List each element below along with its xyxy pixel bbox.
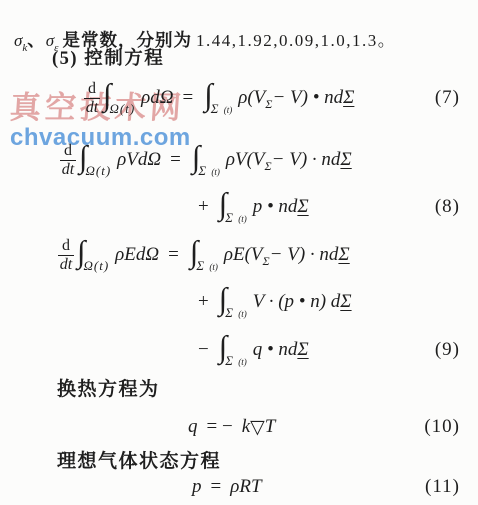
equals-sign: = [170, 149, 181, 171]
integral-subscript-omega: Ω(t) [110, 101, 136, 117]
equation-number: (7) [435, 87, 460, 109]
integral-subscript-sigma: Σ (t) [225, 210, 246, 226]
equation-8-math-continued: + ∫Σ (t) p • ndΣ [198, 189, 309, 225]
integral-subscript-sigma: Σ (t) [211, 101, 232, 117]
equation-number: (10) [424, 416, 460, 438]
equals-sign: = [168, 244, 179, 266]
equation-9-math-continued: + ∫Σ (t) V · (p • n) dΣ [198, 284, 352, 320]
integrand: − V) • nd [272, 87, 343, 109]
vector-sigma: Σ [297, 196, 308, 218]
equation-10-row: q = − k ▽ T (10) [0, 410, 460, 444]
vector-sigma: Σ [343, 87, 354, 109]
equation-number: (8) [435, 196, 460, 218]
equation-9-row-2: + ∫Σ (t) V · (p • n) dΣ [0, 279, 460, 325]
velocity-subscript: Σ [263, 254, 270, 269]
equation-number: (9) [435, 339, 460, 361]
equation-7-math: ddt ∫Ω(t) ρdΩ = ∫Σ (t) ρ(VΣ − V) • ndΣ [84, 80, 354, 116]
equation-11-row: p = ρRT (11) [0, 470, 460, 504]
integrand: ρVdΩ [117, 149, 161, 171]
equation-8-row-2: + ∫Σ (t) p • ndΣ (8) [0, 184, 460, 230]
variable-p: p [192, 476, 202, 498]
integral-subscript-sigma: Σ (t) [225, 353, 246, 369]
equation-7-row: ddt ∫Ω(t) ρdΩ = ∫Σ (t) ρ(VΣ − V) • ndΣ (… [0, 74, 460, 122]
integrand: V · (p • n) d [253, 291, 341, 313]
equation-9-row-1: ddt ∫Ω(t) ρEdΩ = ∫Σ (t) ρE(VΣ − V) · ndΣ [0, 231, 460, 279]
sigma-k-subscript: k [22, 42, 27, 54]
plus-sign: + [198, 196, 209, 218]
equation-11-math: p = ρRT [192, 476, 262, 498]
rho-R-T: ρRT [230, 476, 261, 498]
time-derivative-fraction: ddt [58, 237, 74, 273]
equation-8-math: ddt ∫Ω(t) ρVdΩ = ∫Σ (t) ρV(VΣ − V) · ndΣ [60, 142, 352, 178]
integral-subscript-sigma: Σ (t) [196, 258, 217, 274]
equation-10-math: q = − k ▽ T [188, 416, 275, 439]
nabla-operator: ▽ [250, 416, 265, 439]
integrand: ρV(V [226, 149, 265, 171]
vector-sigma: Σ [297, 339, 308, 361]
variable-T: T [265, 416, 276, 438]
constant-values: 1.44,1.92,0.09,1.0,1.3。 [196, 31, 396, 50]
equation-number: (11) [425, 476, 460, 498]
integrand: ρEdΩ [115, 244, 159, 266]
equation-9-math: ddt ∫Ω(t) ρEdΩ = ∫Σ (t) ρE(VΣ − V) · ndΣ [58, 237, 350, 273]
vector-sigma: Σ [340, 149, 351, 171]
integral-subscript-omega: Ω(t) [86, 163, 112, 179]
variable-q: q [188, 416, 198, 438]
minus-sign: − [198, 339, 209, 361]
vector-sigma: Σ [338, 244, 349, 266]
integrand: q • nd [253, 339, 298, 361]
equals-minus: = − [207, 416, 233, 438]
time-derivative-fraction: ddt [84, 80, 100, 116]
integrand: − V) · nd [272, 149, 341, 171]
ideal-gas-label: 理想气体状态方程 [57, 446, 221, 473]
integral-subscript-sigma: Σ (t) [225, 305, 246, 321]
integrand: − V) · nd [270, 244, 339, 266]
document-page: σk、σε是常数，分别为1.44,1.92,0.09,1.0,1.3。 (5) … [0, 0, 478, 505]
equation-9-math-continued: − ∫Σ (t) q • ndΣ [198, 332, 309, 368]
time-derivative-fraction: ddt [60, 142, 76, 178]
integral-subscript-omega: Ω(t) [84, 258, 110, 274]
section-heading: (5) 控制方程 [52, 44, 164, 70]
plus-sign: + [198, 291, 209, 313]
equals-sign: = [211, 476, 222, 498]
equation-8-row-1: ddt ∫Ω(t) ρVdΩ = ∫Σ (t) ρV(VΣ − V) · ndΣ [0, 136, 460, 184]
integrand: ρE(V [224, 244, 263, 266]
vector-sigma: Σ [340, 291, 351, 313]
equation-9-row-3: − ∫Σ (t) q • ndΣ (9) [0, 327, 460, 373]
integrand: p • nd [253, 196, 298, 218]
heat-equation-label: 换热方程为 [57, 374, 160, 401]
velocity-subscript: Σ [265, 159, 272, 174]
equals-sign: = [183, 87, 194, 109]
variable-k: k [242, 416, 250, 438]
separator: 、 [27, 30, 46, 50]
integrand: ρ(V [238, 87, 265, 109]
velocity-subscript: Σ [265, 97, 272, 112]
integrand: ρdΩ [141, 87, 173, 109]
integral-subscript-sigma: Σ (t) [198, 163, 219, 179]
